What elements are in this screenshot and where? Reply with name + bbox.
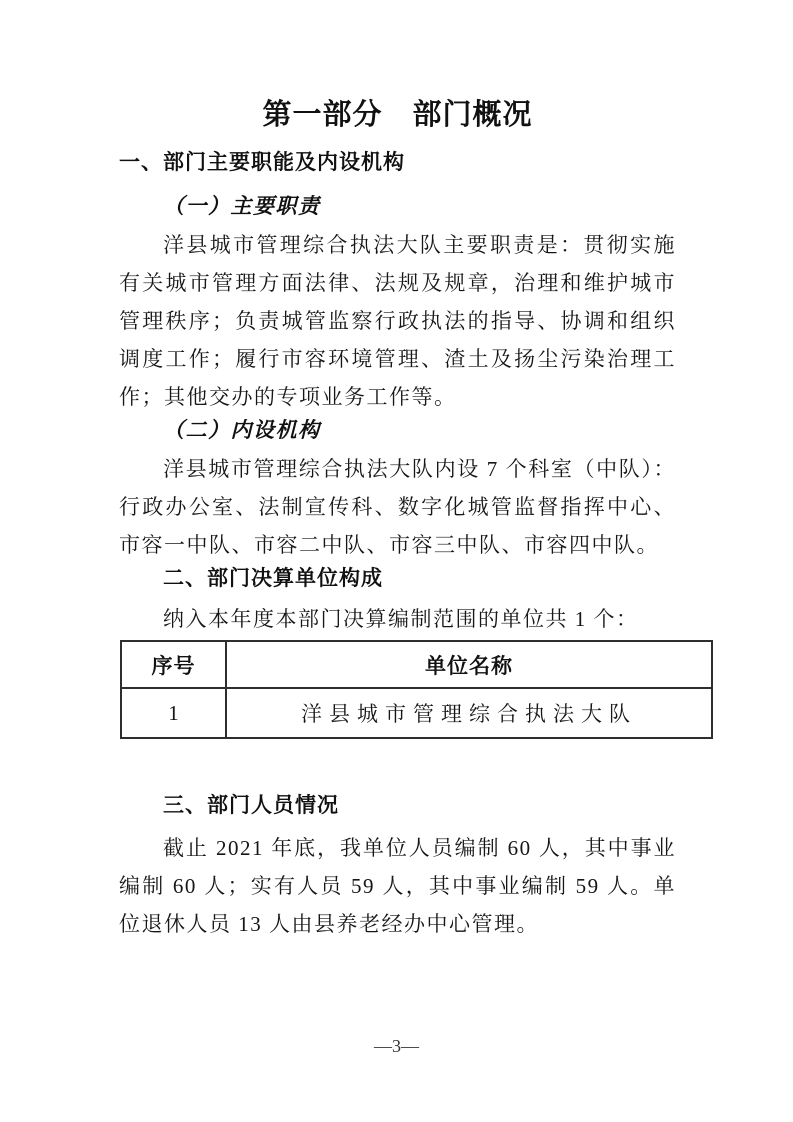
table-row: 1 洋县城市管理综合执法大队: [121, 688, 712, 738]
document-page: 第一部分 部门概况 一、部门主要职能及内设机构 （一）主要职责 洋县城市管理综合…: [0, 0, 793, 1122]
table-header-seq: 序号: [121, 641, 226, 688]
section-3-body: 截止 2021 年底，我单位人员编制 60 人，其中事业编制 60 人；实有人员…: [119, 829, 676, 943]
section-1-heading: 一、部门主要职能及内设机构: [119, 148, 793, 178]
section-1-1-body: 洋县城市管理综合执法大队主要职责是：贯彻实施有关城市管理方面法律、法规及规章，治…: [119, 226, 676, 416]
table-header-row: 序号 单位名称: [121, 641, 712, 688]
budget-unit-table: 序号 单位名称 1 洋县城市管理综合执法大队: [120, 640, 713, 739]
table-cell-seq: 1: [121, 688, 226, 738]
section-2-intro: 纳入本年度本部门决算编制范围的单位共 1 个：: [119, 602, 676, 636]
section-1-2-body: 洋县城市管理综合执法大队内设 7 个科室（中队）：行政办公室、法制宣传科、数字化…: [119, 450, 676, 564]
section-1-1-heading: （一）主要职责: [119, 192, 793, 220]
section-1-2-heading: （二）内设机构: [119, 416, 793, 444]
section-3-heading: 三、部门人员情况: [119, 791, 793, 821]
table-header-unit-name: 单位名称: [226, 641, 712, 688]
document-title: 第一部分 部门概况: [119, 95, 676, 135]
section-2-heading: 二、部门决算单位构成: [119, 564, 793, 594]
page-number: —3—: [0, 1036, 793, 1057]
table-cell-unit-name: 洋县城市管理综合执法大队: [226, 688, 712, 738]
